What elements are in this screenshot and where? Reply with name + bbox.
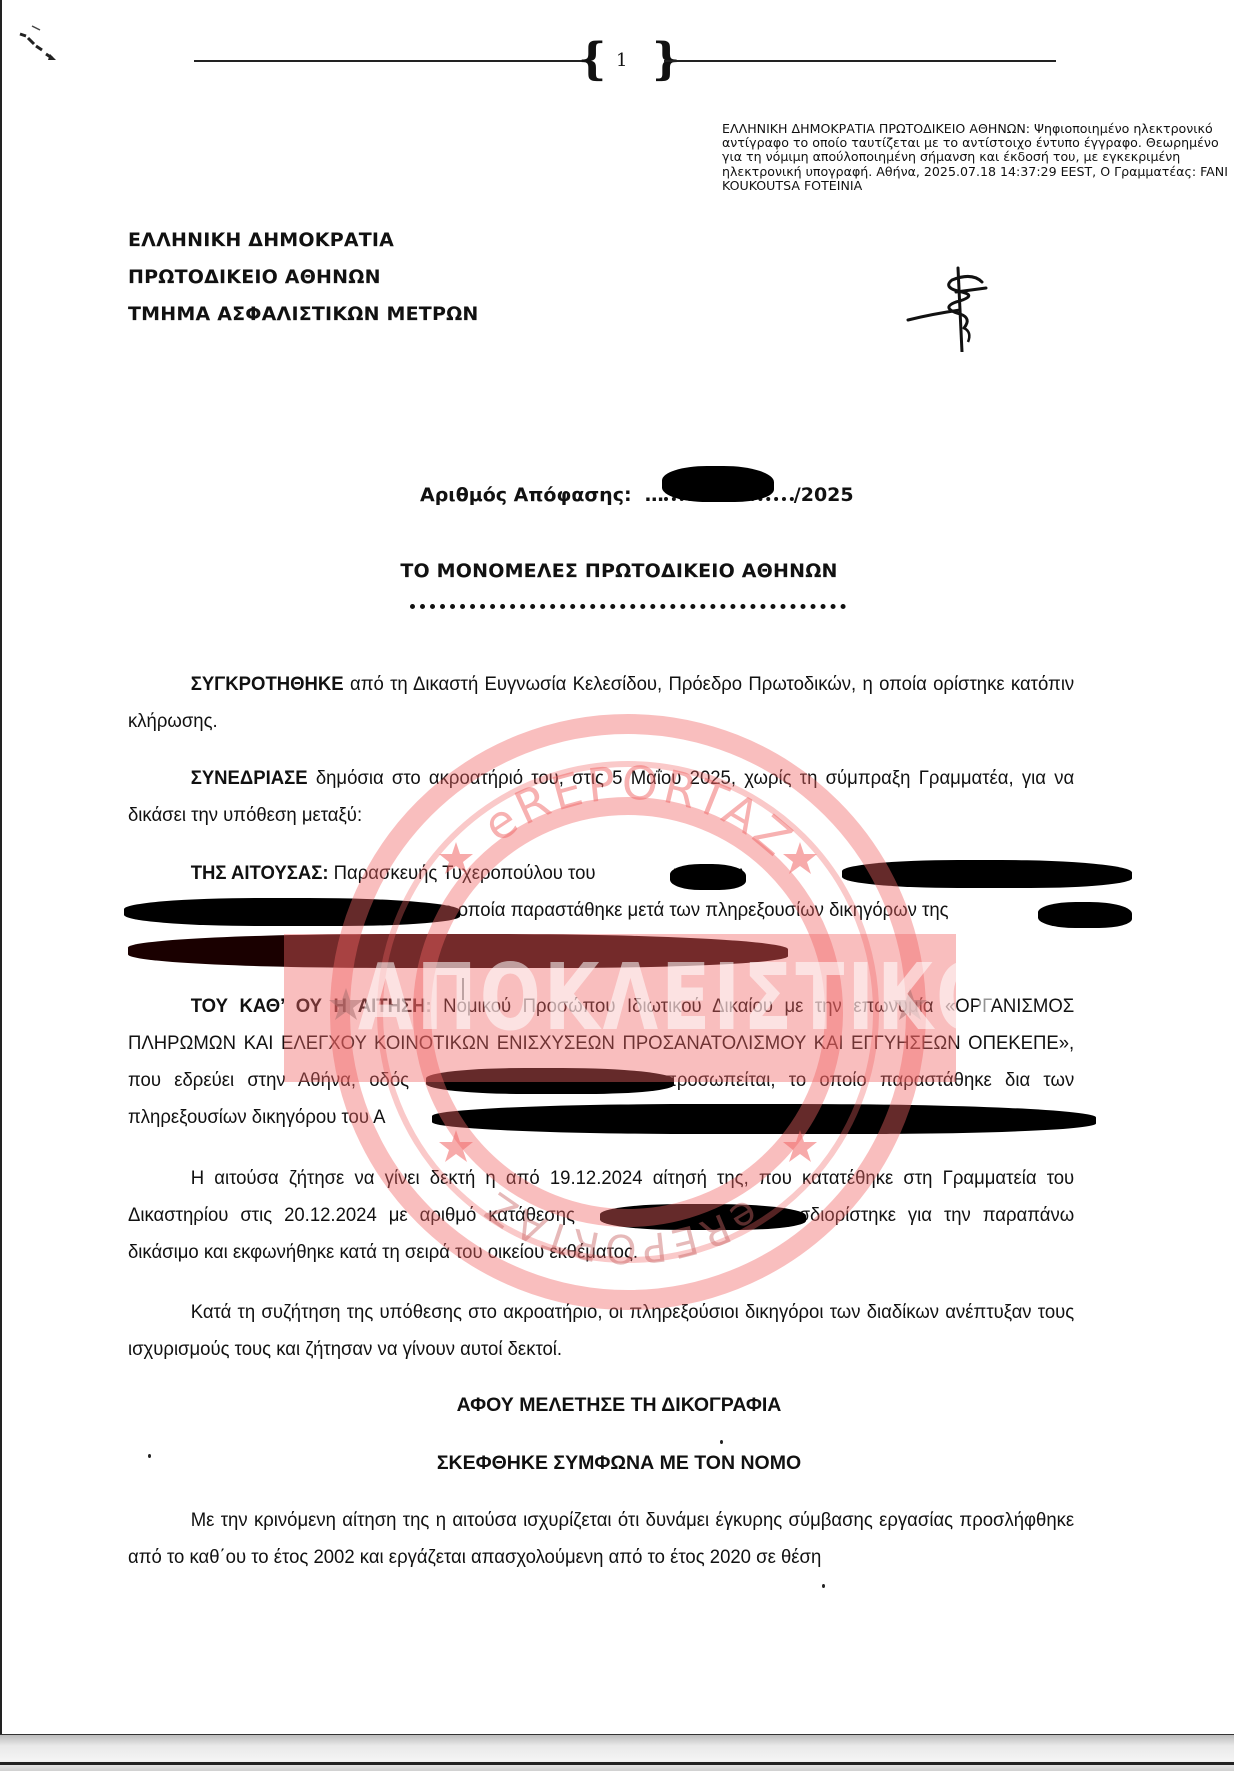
decision-number-label: Αριθμός Απόφασης: [420, 484, 632, 506]
decision-number-year: /2025 [794, 484, 854, 506]
page-number-bracket-left: { [578, 38, 606, 82]
dotted-separator [410, 604, 846, 619]
decision-number-prefix: … [645, 484, 664, 506]
court-header: ΕΛΛΗΝΙΚΗ ΔΗΜΟΚΡΑΤΙΑ ΠΡΩΤΟΔΙΚΕΙΟ ΑΘΗΝΩΝ Τ… [128, 222, 479, 333]
scan-bottom-margin [0, 1735, 1234, 1771]
court-header-line-2: ΠΡΩΤΟΔΙΚΕΙΟ ΑΘΗΝΩΝ [128, 259, 479, 296]
redaction-address-cont [124, 898, 460, 926]
court-header-line-1: ΕΛΛΗΝΙΚΗ ΔΗΜΟΚΡΑΤΙΑ [128, 222, 479, 259]
court-title: ΤΟ ΜΟΝΟΜΕΛΕΣ ΠΡΩΤΟΔΙΚΕΙΟ ΑΘΗΝΩΝ [2, 560, 1234, 582]
redaction-decision-number [662, 466, 774, 502]
page-header-rule-left [194, 60, 582, 62]
redaction-street [426, 1068, 674, 1094]
paragraph-session: ΣΥΝΕΔΡΙΑΣΕ δημόσια στο ακροατήριό του, σ… [128, 760, 1074, 834]
page-number: 1 [616, 50, 627, 71]
text-cursor [462, 978, 464, 1000]
keyword-composed: ΣΥΓΚΡΟΤΗΘΗΚΕ [191, 673, 344, 695]
heading-considered: ΣΚΕΦΘΗΚΕ ΣΥΜΦΩΝΑ ΜΕ ΤΟΝ ΝΟΜΟ [2, 1452, 1234, 1475]
page-header-rule-right [664, 60, 1056, 62]
paragraph-composed: ΣΥΓΚΡΟΤΗΘΗΚΕ από τη Δικαστή Ευγνωσία Κελ… [128, 666, 1074, 740]
scan-speck [822, 1584, 825, 1588]
keyword-applicant: ΤΗΣ ΑΙΤΟΥΣΑΣ: [191, 862, 329, 884]
electronic-signature-note: ΕΛΛΗΝΙΚΗ ΔΗΜΟΚΡΑΤΙΑ ΠΡΩΤΟΔΙΚΕΙΟ ΑΘΗΝΩΝ: … [722, 122, 1232, 193]
document-page: { 1 } ΕΛΛΗΝΙΚΗ ΔΗΜΟΚΡΑΤΙΑ ΠΡΩΤΟΔΙΚΕΙΟ ΑΘ… [0, 0, 1234, 1735]
scan-artifact-mark [16, 24, 64, 64]
redaction-lawyers [1038, 902, 1132, 928]
redaction-filing-number [600, 1204, 806, 1230]
keyword-session: ΣΥΝΕΔΡΙΑΣΕ [191, 767, 308, 789]
paragraph-hearing: Κατά τη συζήτηση της υπόθεσης στο ακροατ… [128, 1294, 1074, 1368]
redaction-lawyers-cont [128, 934, 788, 968]
redaction-respondent-lawyer [432, 1104, 1096, 1134]
court-header-line-3: ΤΜΗΜΑ ΑΣΦΑΛΙΣΤΙΚΩΝ ΜΕΤΡΩΝ [128, 296, 479, 333]
heading-studied: ΑΦΟΥ ΜΕΛΕΤΗΣΕ ΤΗ ΔΙΚΟΓΡΑΦΙΑ [2, 1394, 1234, 1417]
decision-number: Αριθμός Απόφασης: …/2025 [420, 484, 854, 506]
scan-speck [148, 1454, 151, 1458]
redaction-father-name [670, 864, 746, 890]
scan-speck [720, 1440, 723, 1444]
handwritten-signature [902, 262, 1002, 352]
paragraph-claim: Με την κρινόμενη αίτηση της η αιτούσα ισ… [128, 1502, 1074, 1576]
keyword-respondent: ΤΟΥ ΚΑΘ’ ΟΥ Η ΑΙΤΗΣΗ: [191, 995, 432, 1017]
next-page-edge [0, 1762, 1234, 1765]
redaction-address [842, 860, 1132, 888]
